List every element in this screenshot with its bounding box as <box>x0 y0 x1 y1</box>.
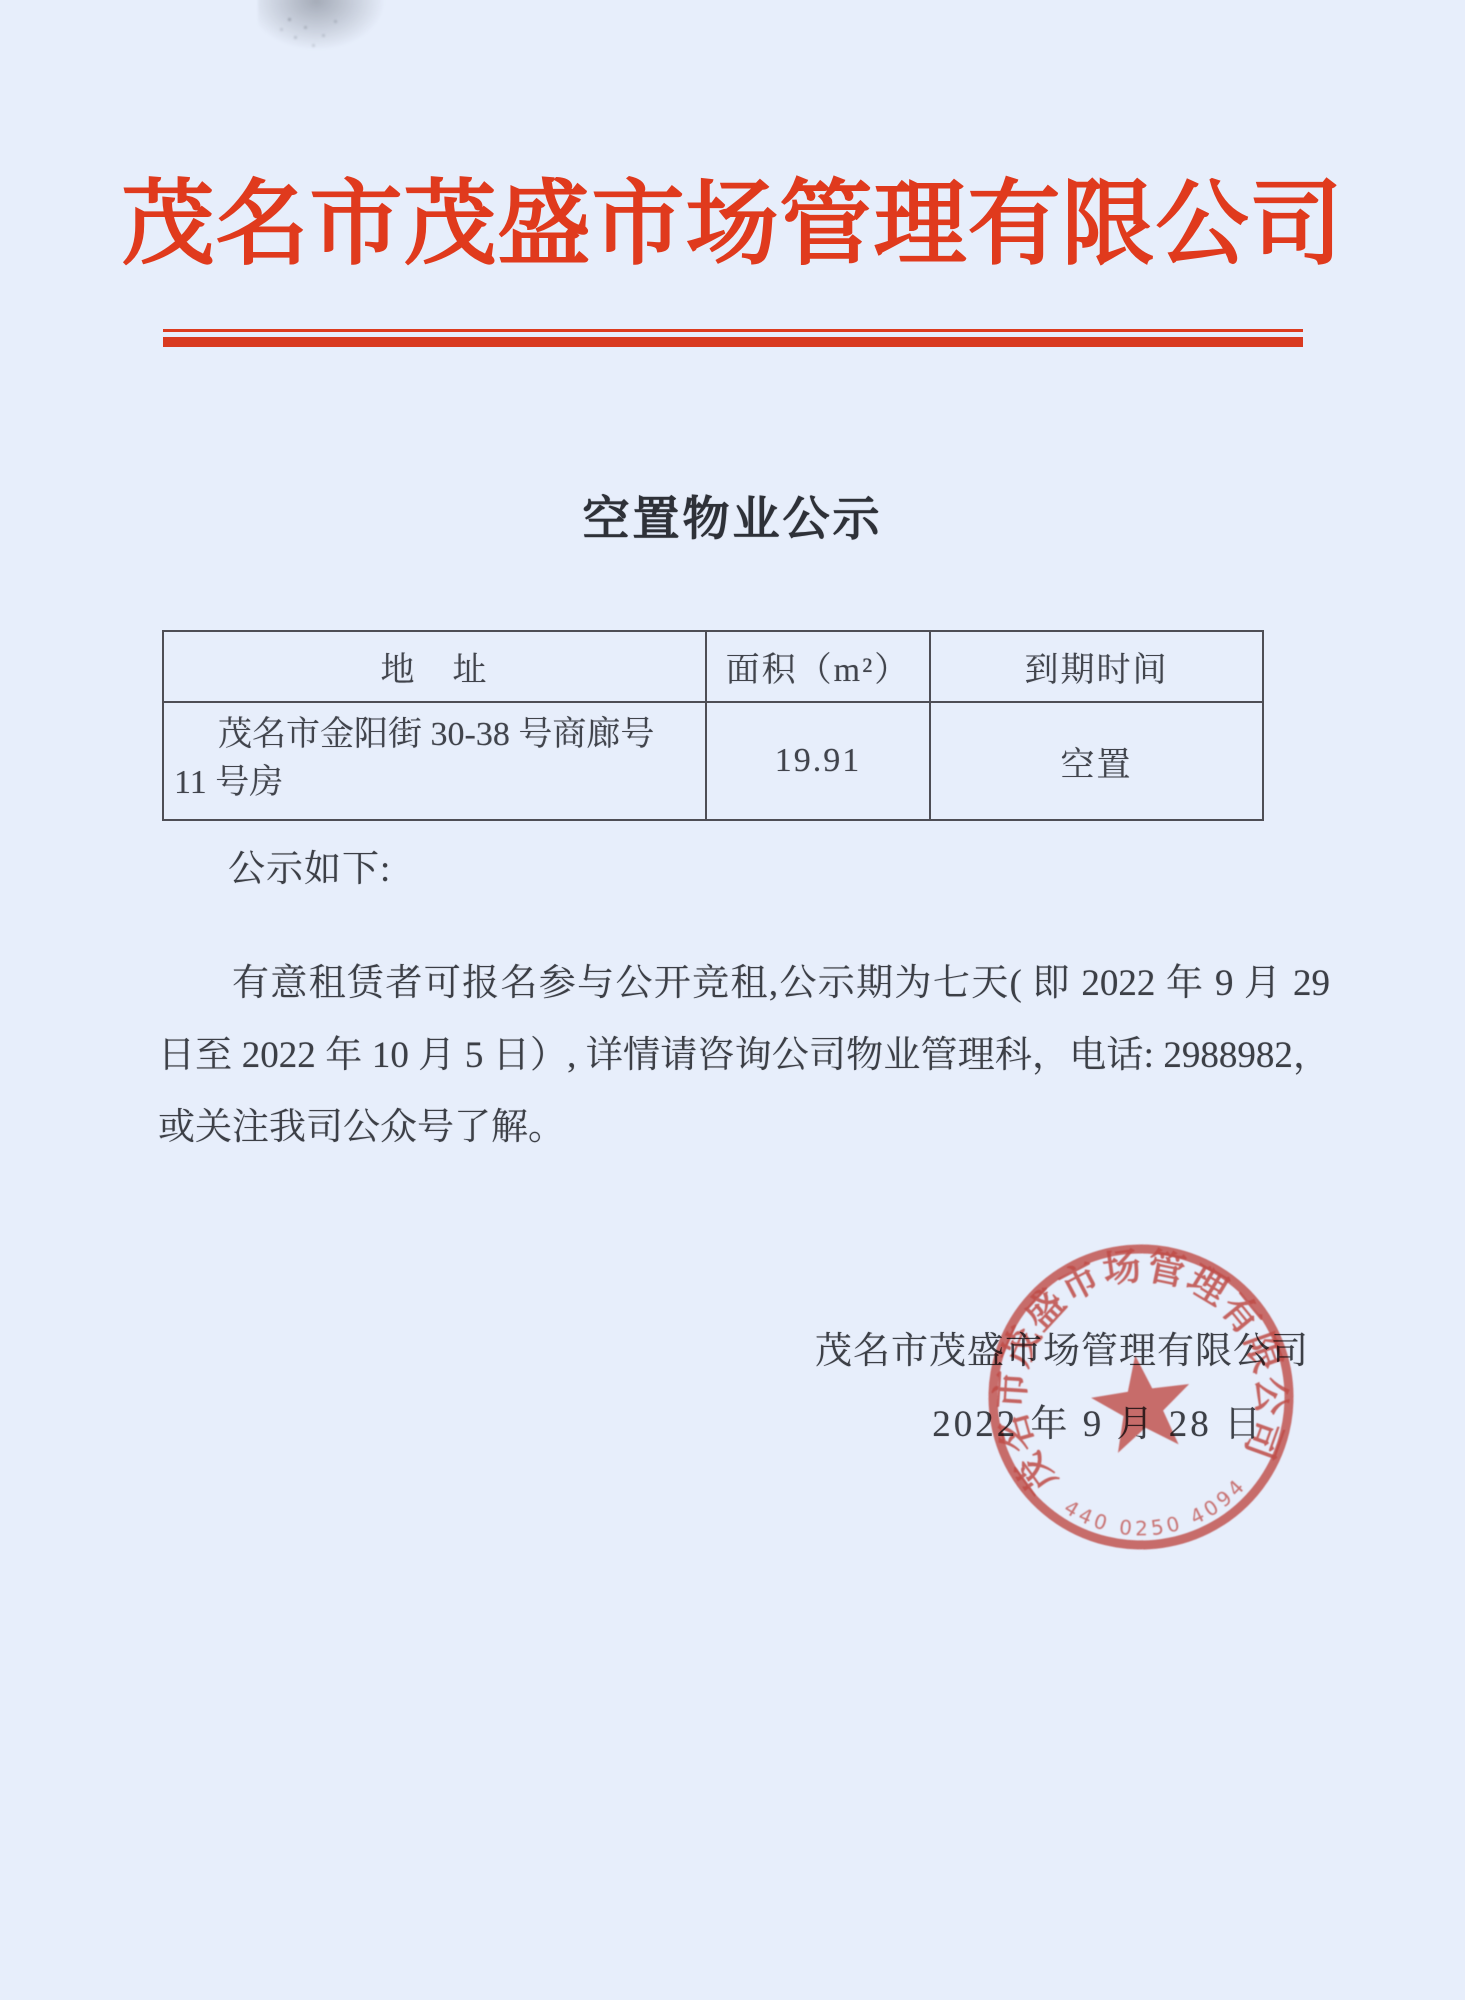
seal-star-icon <box>1086 1349 1197 1456</box>
lead-in-text: 公示如下: <box>228 838 391 892</box>
rule-thin-line <box>163 329 1303 332</box>
letterhead-double-rule <box>163 329 1303 347</box>
table-header-row: 地 址 面积（m²） 到期时间 <box>163 631 1263 702</box>
paragraph-line-2: 日至 2022 年 10 月 5 日）, 详情请咨询公司物业管理科，电话: 29… <box>158 1020 1330 1092</box>
expiry-value: 空置 <box>930 702 1263 820</box>
col-header-address: 地 址 <box>163 631 706 702</box>
paragraph-line-1: 有意租赁者可报名参与公开竞租,公示期为七天( 即 2022 年 9 月 29 <box>158 948 1330 1020</box>
address-line-1: 茂名市金阳街 30-38 号商廊号 <box>174 711 695 759</box>
rule-thick-line <box>163 337 1303 347</box>
table-row: 茂名市金阳街 30-38 号商廊号 11 号房 19.91 空置 <box>163 702 1263 820</box>
document-page: 茂名市茂盛市场管理有限公司 空置物业公示 地 址 面积（m²） 到期时间 茂名市… <box>0 0 1465 2000</box>
company-seal-stamp: 茂名市茂盛市场管理有限公司 440 0250 4094 <box>960 1216 1321 1577</box>
body-paragraph: 有意租赁者可报名参与公开竞租,公示期为七天( 即 2022 年 9 月 29 日… <box>158 948 1330 1164</box>
letterhead-company-name: 茂名市茂盛市场管理有限公司 <box>0 168 1465 284</box>
address-line-2: 11 号房 <box>174 759 695 807</box>
col-header-expiry: 到期时间 <box>930 631 1263 702</box>
company-seal-svg: 茂名市茂盛市场管理有限公司 440 0250 4094 <box>960 1216 1321 1577</box>
scan-artifact-smudge <box>258 0 388 52</box>
col-header-area: 面积（m²） <box>706 631 930 702</box>
area-value: 19.91 <box>706 702 930 820</box>
vacancy-table: 地 址 面积（m²） 到期时间 茂名市金阳街 30-38 号商廊号 11 号房 … <box>162 630 1264 821</box>
notice-title: 空置物业公示 <box>0 482 1465 549</box>
paragraph-line-3: 或关注我司公众号了解。 <box>158 1092 1330 1164</box>
address-cell: 茂名市金阳街 30-38 号商廊号 11 号房 <box>163 702 706 820</box>
